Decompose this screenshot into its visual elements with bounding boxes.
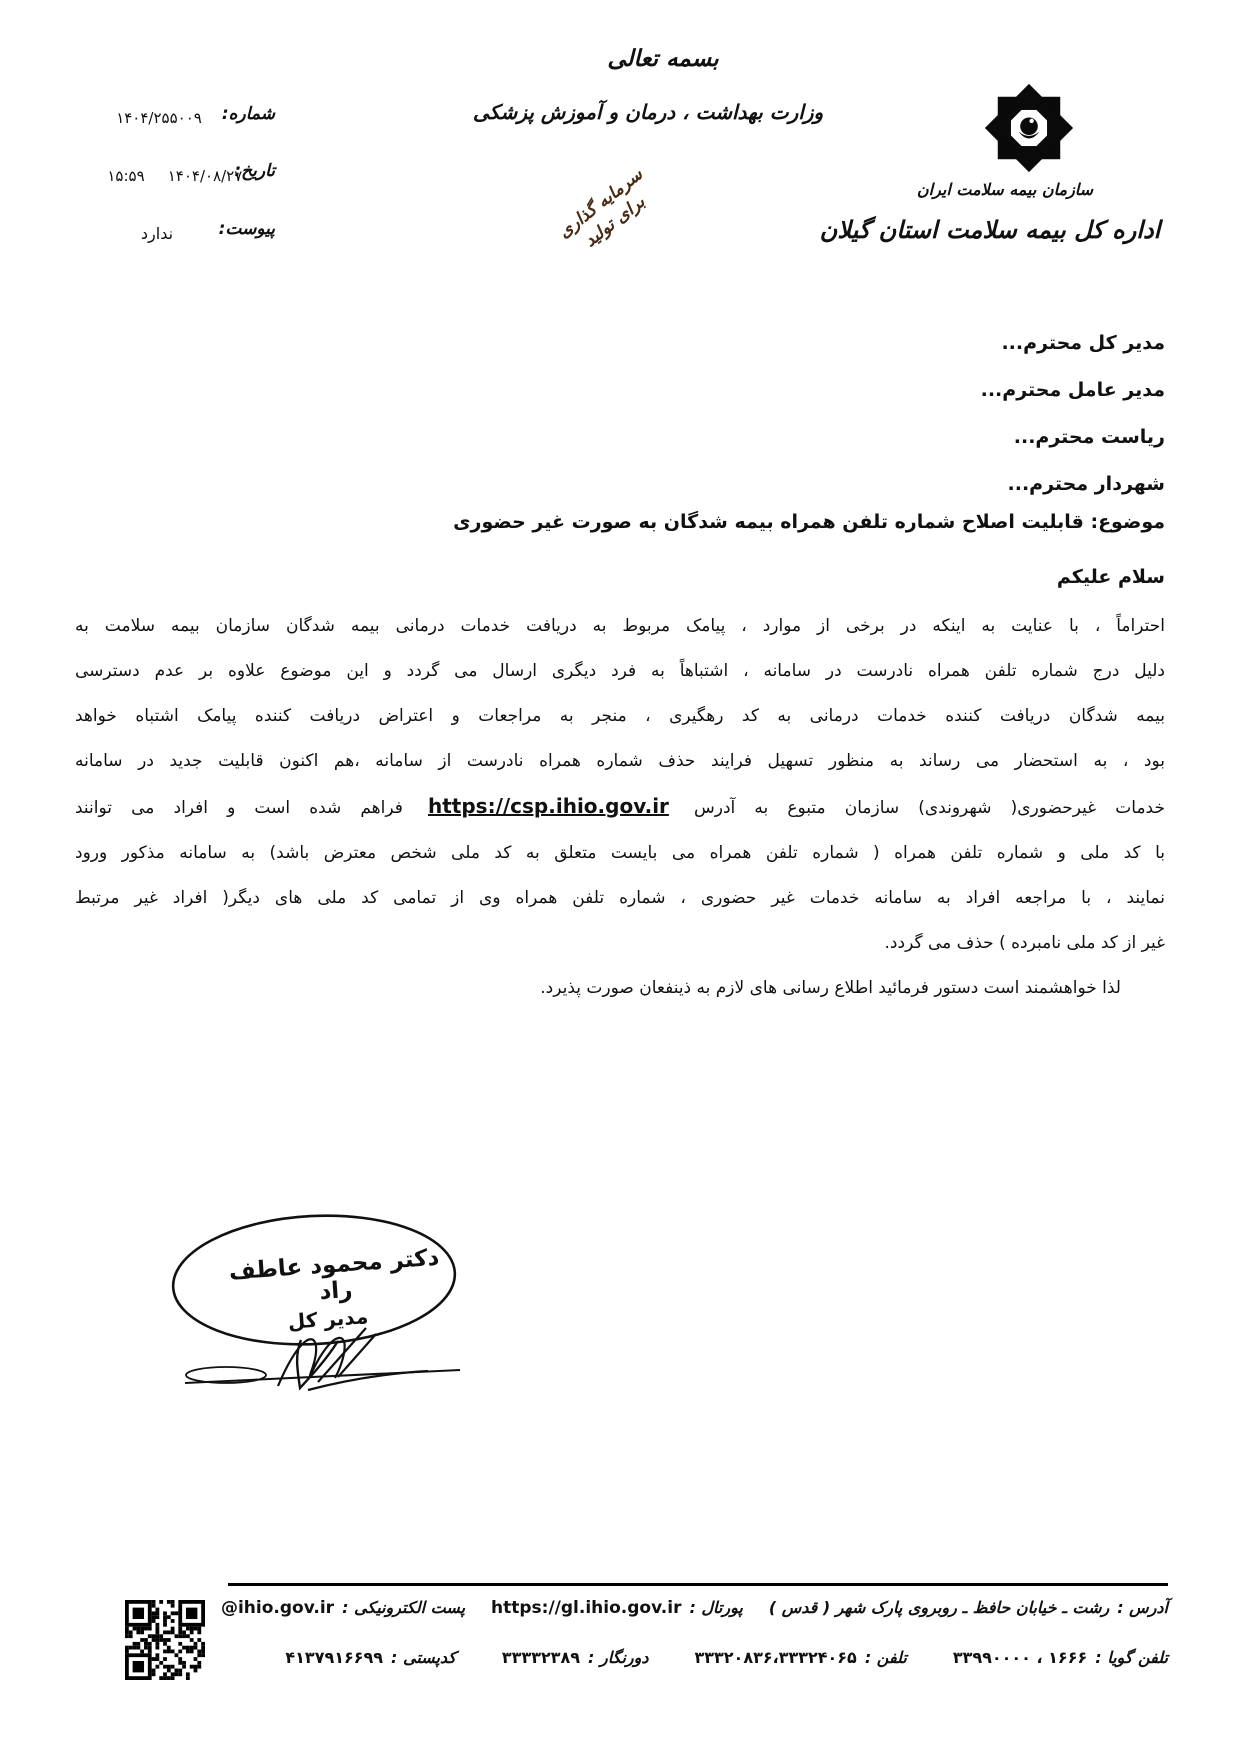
attachment-value: ندارد [125,224,189,243]
recipient-line: شهردار محترم... [565,461,1165,508]
csp-portal-link[interactable]: https://csp.ihio.gov.ir [422,784,675,829]
fax-value: ۳۳۳۳۲۳۸۹ [502,1648,580,1667]
footer-contact-row2: تلفن گویا : ۱۶۶۶ ، ۳۳۹۹۰۰۰۰ تلفن : ۳۳۳۲۰… [285,1648,1168,1667]
year-slogan-calligraphy: سرمایه گذاری برای تولید [547,158,670,268]
body-line: لذا خواهشمند است دستور فرمائید اطلاع رسا… [75,966,1165,1011]
portal-url: https://gl.ihio.gov.ir [491,1598,681,1618]
footer-voice-phone: تلفن گویا : ۱۶۶۶ ، ۳۳۹۹۰۰۰۰ [953,1648,1168,1667]
postal-code-value: ۴۱۳۷۹۱۶۶۹۹ [285,1648,383,1667]
ihio-logo-icon [985,82,1073,174]
besmellah-text: بسمه تعالی [563,46,763,72]
letter-number-label: شماره: [222,104,275,124]
recipient-line: مدیر کل محترم... [565,320,1165,367]
subject-line: موضوع: قابلیت اصلاح شماره تلفن همراه بیم… [75,511,1165,533]
recipient-block: مدیر کل محترم...مدیر عامل محترم...ریاست … [565,320,1165,508]
phone-value: ۳۳۳۲۰۸۳۶،۳۳۳۲۴۰۶۵ [694,1648,856,1667]
body-line: بیمه شدگان دریافت کننده خدمات درمانی به … [75,694,1165,739]
postal-code-label: کدپستی : [391,1648,456,1667]
footer-address: آدرس : رشت ـ خیابان حافظ ـ روبروی پارک ش… [769,1598,1168,1617]
voice-phone-value: ۱۶۶۶ ، ۳۳۹۹۰۰۰۰ [953,1648,1087,1667]
recipient-line: مدیر عامل محترم... [565,367,1165,414]
body-line: دلیل درج شماره تلفن همراه نادرست در ساما… [75,649,1165,694]
signature-underline [185,1370,460,1383]
address-value: رشت ـ خیابان حافظ ـ روبروی پارک شهر ( قد… [769,1598,1109,1617]
greeting-text: سلام علیکم [1057,566,1165,588]
body-paragraph: احتراماً ، با عنایت به اینکه در برخی از … [75,604,1165,1011]
voice-phone-label: تلفن گویا : [1095,1648,1168,1667]
body-line: بود ، به استحضار می رساند به منظور تسهیل… [75,739,1165,784]
email-value: @ihio.gov.ir [221,1598,334,1618]
organization-branch: اداره کل بیمه سلامت استان گیلان [780,216,1200,244]
footer-email: پست الکترونیکی : @ihio.gov.ir [221,1598,465,1618]
attachment-label: پیوست: [219,219,275,239]
organization-name: سازمان بیمه سلامت ایران [905,180,1105,199]
letter-date-value: ۱۴۰۴/۰۸/۲۷ [166,167,244,185]
qr-code [125,1600,205,1680]
address-label: آدرس : [1117,1598,1168,1617]
footer-fax: دورنگار : ۳۳۳۳۲۳۸۹ [502,1648,649,1667]
fax-label: دورنگار : [588,1648,648,1667]
body-line: احتراماً ، با عنایت به اینکه در برخی از … [75,604,1165,649]
phone-label: تلفن : [865,1648,907,1667]
footer-phone: تلفن : ۳۳۳۲۰۸۳۶،۳۳۳۲۴۰۶۵ [694,1648,906,1667]
letter-time-value: ۱۵:۵۹ [100,167,152,185]
recipient-line: ریاست محترم... [565,414,1165,461]
body-line: با کد ملی و شماره تلفن همراه ( شماره تلف… [75,831,1165,876]
footer-contact-row1: آدرس : رشت ـ خیابان حافظ ـ روبروی پارک ش… [221,1598,1168,1618]
letter-page: بسمه تعالی وزارت بهداشت ، درمان و آموزش … [0,0,1240,1753]
portal-label: پورتال : [689,1598,742,1617]
ministry-name: وزارت بهداشت ، درمان و آموزش پزشکی [448,100,848,124]
email-label: پست الکترونیکی : [342,1598,465,1617]
stamp-tail [297,1340,338,1388]
body-line: خدمات غیرحضوری( شهروندی) سازمان متبوع به… [75,784,1165,831]
body-line: نمایند ، با مراجعه افراد به سامانه خدمات… [75,876,1165,921]
body-line: غیر از کد ملی نامبرده ) حذف می گردد. [75,921,1165,966]
footer-postal-code: کدپستی : ۴۱۳۷۹۱۶۶۹۹ [285,1648,456,1667]
letter-number-value: ۱۴۰۴/۲۵۵۰۰۹ [103,109,215,127]
footer-divider [228,1583,1168,1586]
footer-portal: پورتال : https://gl.ihio.gov.ir [491,1598,743,1618]
